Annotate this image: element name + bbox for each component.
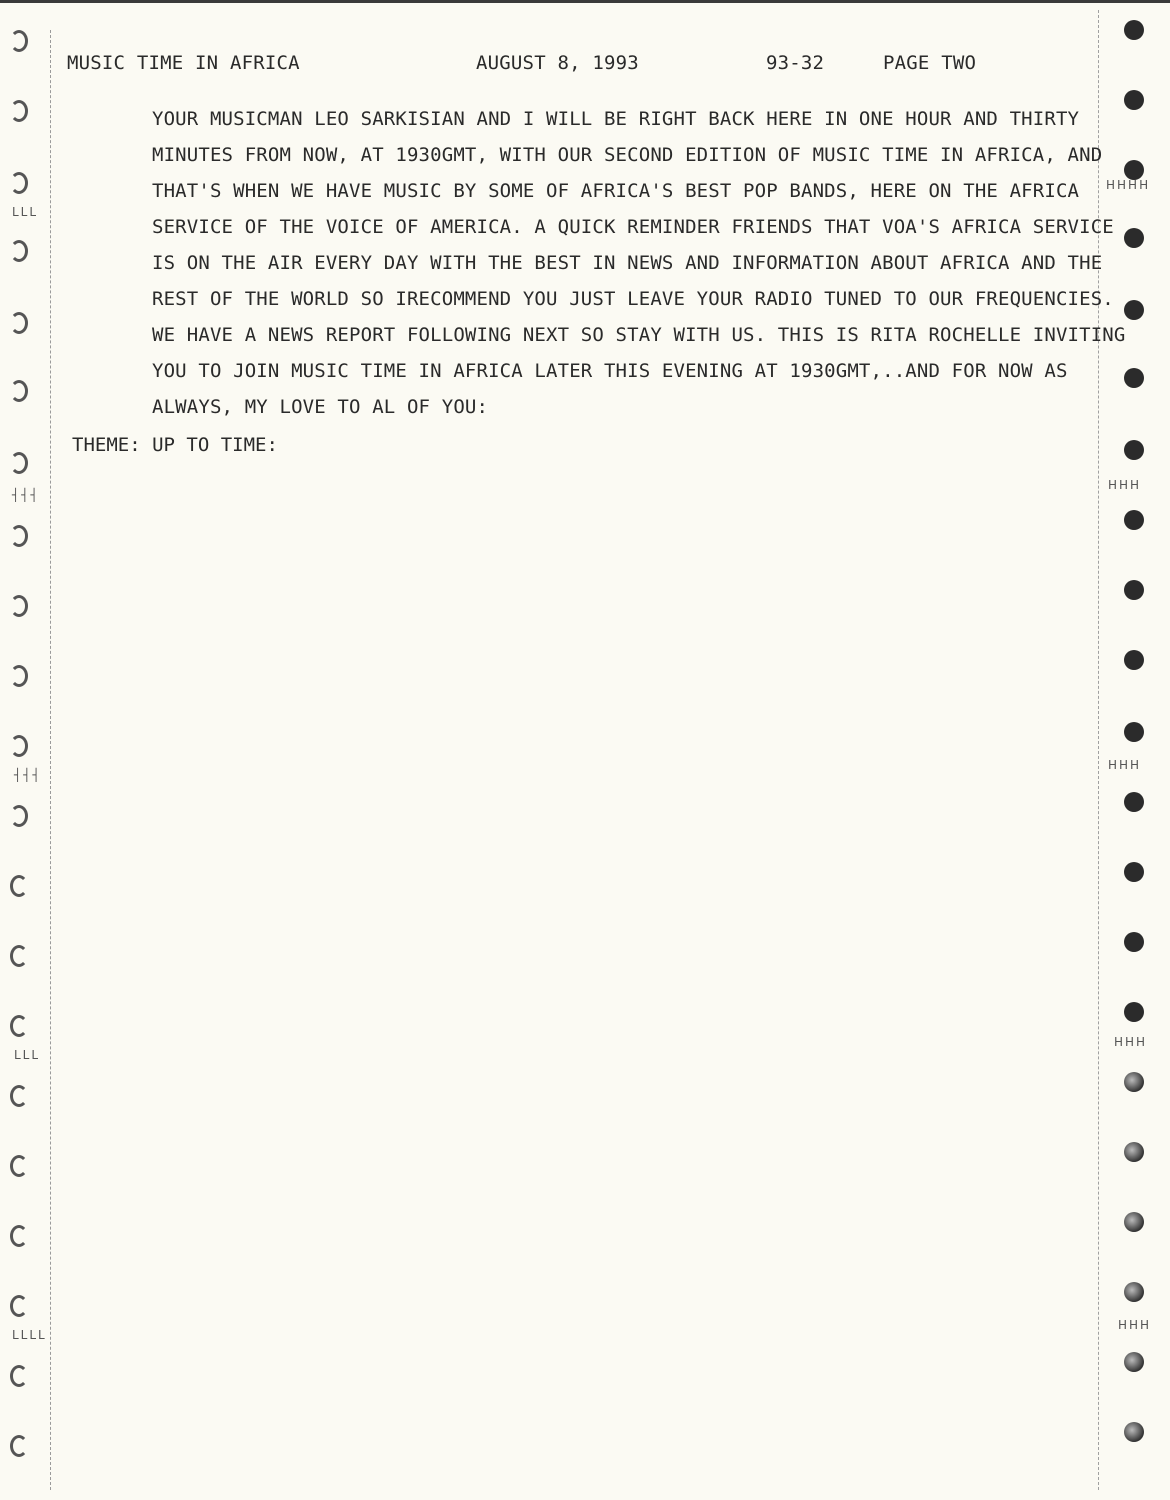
perforation-mark-icon: ᕼᕼᕼ: [1108, 758, 1141, 772]
feed-hole-icon: [10, 665, 28, 687]
feed-hole-icon: [1124, 862, 1144, 882]
feed-hole-icon: [10, 1225, 28, 1247]
feed-hole-icon: [1124, 1282, 1144, 1302]
feed-hole-icon: [1124, 90, 1144, 110]
feed-hole-icon: [10, 1085, 28, 1107]
perforation-mark-icon: ᕼᕼᕼ: [1118, 1318, 1151, 1332]
feed-hole-icon: [10, 312, 28, 334]
script-line: WE HAVE A NEWS REPORT FOLLOWING NEXT SO …: [152, 324, 1125, 346]
feed-hole-icon: [1124, 368, 1144, 388]
feed-hole-icon: [1124, 228, 1144, 248]
feed-hole-icon: [10, 525, 28, 547]
perforation-mark-icon: ᕼᕼᕼ: [1108, 478, 1141, 492]
perforation-mark-icon: ᕼᕼᕼ: [1114, 1035, 1147, 1049]
feed-hole-icon: [10, 595, 28, 617]
feed-hole-icon: [1124, 160, 1144, 180]
feed-hole-icon: [10, 1435, 28, 1457]
perforation-mark-icon: ᒪᒪᒪ: [14, 1048, 40, 1062]
feed-hole-icon: [1124, 440, 1144, 460]
feed-hole-icon: [10, 805, 28, 827]
script-line: ALWAYS, MY LOVE TO AL OF YOU:: [152, 396, 488, 418]
perforation-mark-icon: ┤┤┤: [12, 488, 40, 502]
feed-hole-icon: [10, 172, 28, 194]
page-label: PAGE TWO: [883, 52, 976, 74]
script-line: IS ON THE AIR EVERY DAY WITH THE BEST IN…: [152, 252, 1102, 274]
feed-hole-icon: [10, 30, 28, 52]
perforation-mark-icon: ᒪᒪᒪ: [12, 205, 38, 219]
script-line: YOUR MUSICMAN LEO SARKISIAN AND I WILL B…: [152, 108, 1079, 130]
feed-hole-icon: [10, 735, 28, 757]
feed-hole-icon: [10, 1365, 28, 1387]
feed-hole-icon: [10, 1155, 28, 1177]
feed-hole-icon: [1124, 1212, 1144, 1232]
feed-hole-icon: [1124, 650, 1144, 670]
feed-hole-icon: [1124, 1352, 1144, 1372]
program-title: MUSIC TIME IN AFRICA: [67, 52, 300, 74]
left-perforation-line: [50, 30, 51, 1490]
feed-hole-icon: [1124, 722, 1144, 742]
feed-hole-icon: [10, 452, 28, 474]
feed-hole-icon: [1124, 510, 1144, 530]
feed-hole-icon: [10, 100, 28, 122]
script-date: AUGUST 8, 1993: [476, 52, 639, 74]
script-line: SERVICE OF THE VOICE OF AMERICA. A QUICK…: [152, 216, 1114, 238]
feed-hole-icon: [1124, 932, 1144, 952]
feed-hole-icon: [10, 1015, 28, 1037]
feed-hole-icon: [10, 240, 28, 262]
feed-hole-icon: [1124, 300, 1144, 320]
feed-hole-icon: [10, 1295, 28, 1317]
feed-hole-icon: [10, 945, 28, 967]
paper-top-edge: [0, 0, 1170, 3]
feed-hole-icon: [10, 380, 28, 402]
feed-hole-icon: [1124, 792, 1144, 812]
script-line: YOU TO JOIN MUSIC TIME IN AFRICA LATER T…: [152, 360, 1068, 382]
feed-hole-icon: [1124, 1072, 1144, 1092]
feed-hole-icon: [1124, 580, 1144, 600]
feed-hole-icon: [1124, 1142, 1144, 1162]
script-line: REST OF THE WORLD SO IRECOMMEND YOU JUST…: [152, 288, 1114, 310]
feed-hole-icon: [1124, 1422, 1144, 1442]
feed-hole-icon: [10, 875, 28, 897]
script-code: 93-32: [766, 52, 824, 74]
perforation-mark-icon: ᒪᒪᒪᒪ: [12, 1328, 47, 1342]
feed-hole-icon: [1124, 20, 1144, 40]
feed-hole-icon: [1124, 1002, 1144, 1022]
script-line: MINUTES FROM NOW, AT 1930GMT, WITH OUR S…: [152, 144, 1102, 166]
theme-cue: THEME: UP TO TIME:: [72, 434, 278, 456]
perforation-mark-icon: ᕼᕼᕼᕼ: [1106, 178, 1150, 192]
perforation-mark-icon: ┤┤┤: [14, 768, 42, 782]
script-line: THAT'S WHEN WE HAVE MUSIC BY SOME OF AFR…: [152, 180, 1079, 202]
